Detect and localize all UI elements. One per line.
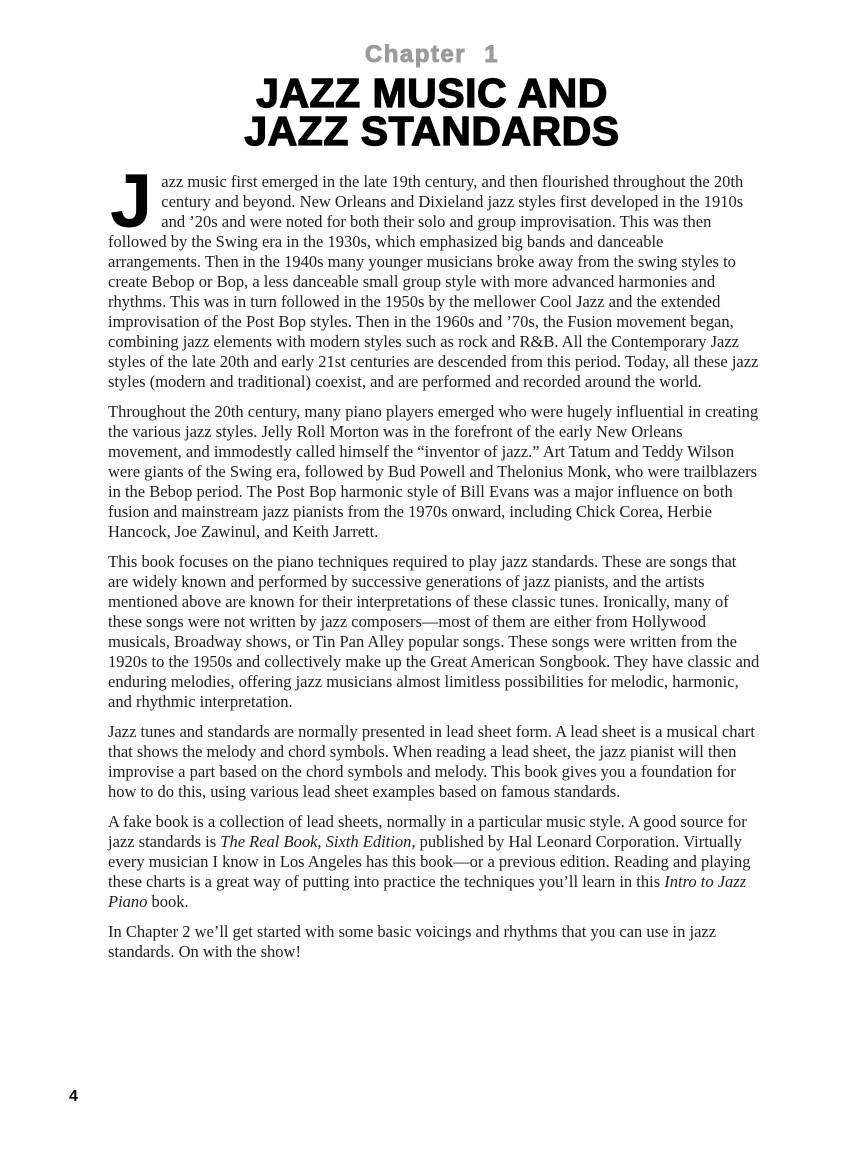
page-number: 4 (69, 1088, 78, 1106)
text-segment: Throughout the 20th century, many piano … (108, 402, 758, 541)
text-segment: In Chapter 2 we’ll get started with some… (108, 922, 716, 961)
paragraph: This book focuses on the piano technique… (108, 552, 760, 712)
page-title: JAZZ MUSIC AND JAZZ STANDARDS (0, 74, 864, 150)
body-text: Jazz music first emerged in the late 19t… (108, 172, 760, 972)
text-segment: book. (147, 892, 188, 911)
chapter-label: Chapter 1 (0, 42, 864, 68)
page-header: Chapter 1 JAZZ MUSIC AND JAZZ STANDARDS (0, 42, 864, 150)
text-segment: This book focuses on the piano technique… (108, 552, 759, 711)
paragraph: In Chapter 2 we’ll get started with some… (108, 922, 760, 962)
drop-cap: J (110, 174, 152, 230)
paragraph: Throughout the 20th century, many piano … (108, 402, 760, 542)
italic-text-segment: The Real Book, Sixth Edition (220, 832, 411, 851)
title-line-1: JAZZ MUSIC AND (0, 74, 864, 112)
title-line-2: JAZZ STANDARDS (0, 112, 864, 150)
paragraph: Jazz music first emerged in the late 19t… (108, 172, 760, 392)
paragraph: Jazz tunes and standards are normally pr… (108, 722, 760, 802)
text-segment: azz music first emerged in the late 19th… (108, 172, 758, 391)
book-page: Chapter 1 JAZZ MUSIC AND JAZZ STANDARDS … (0, 0, 864, 1152)
text-segment: Jazz tunes and standards are normally pr… (108, 722, 755, 801)
paragraph: A fake book is a collection of lead shee… (108, 812, 760, 912)
